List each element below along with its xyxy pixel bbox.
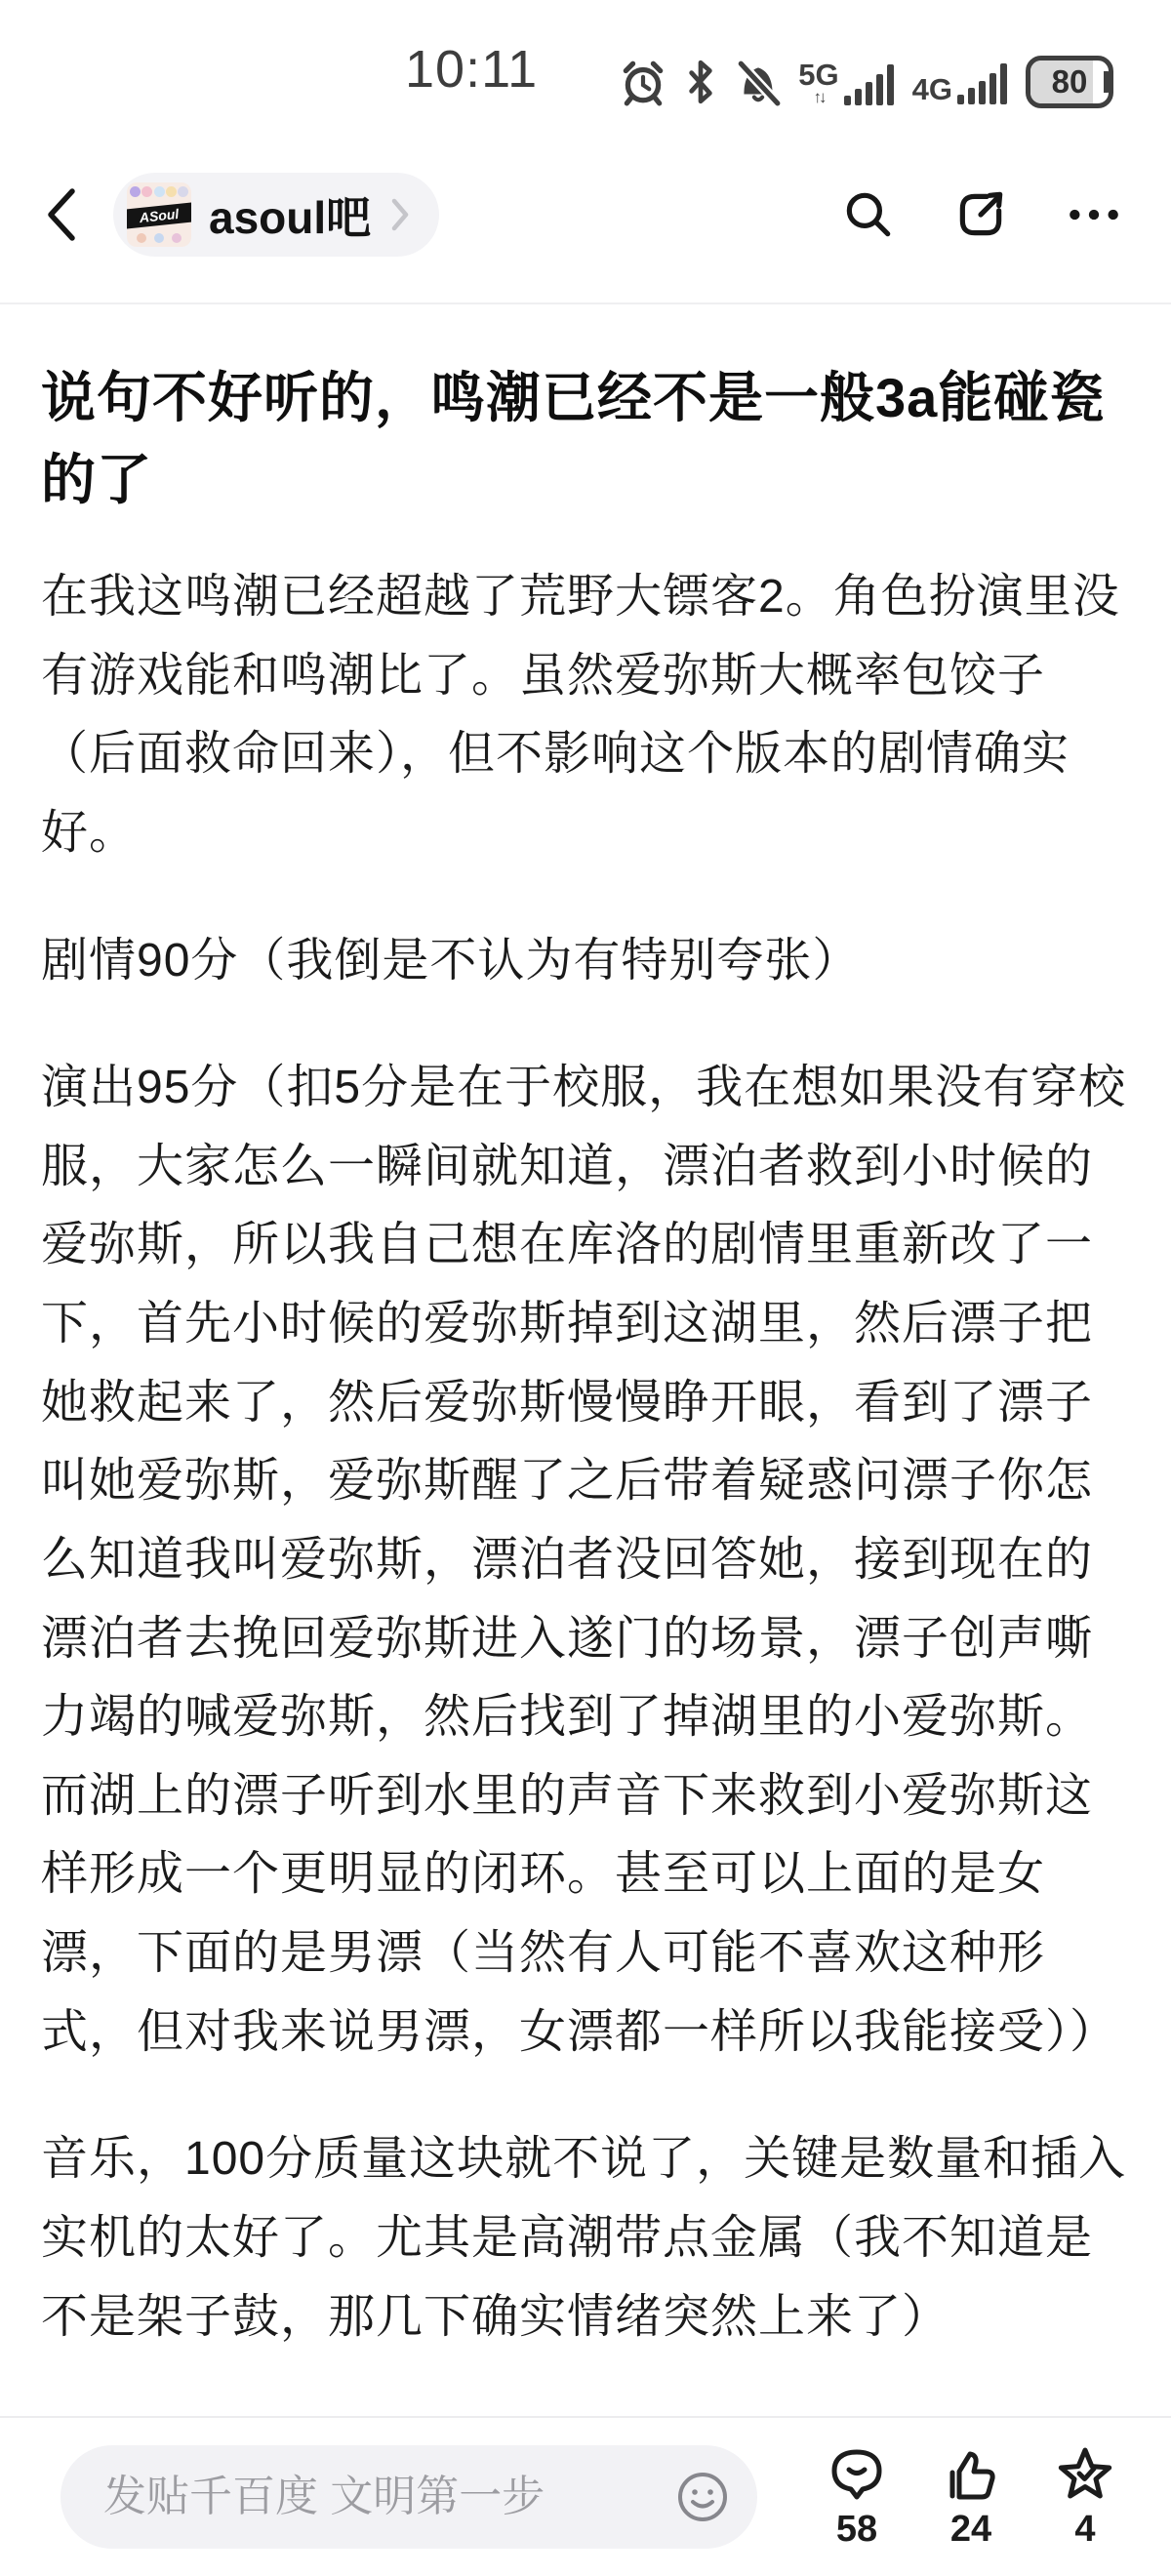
post-paragraph: 音乐，100分质量这块就不说了，关键是数量和插入实机的太好了。尤其是高潮带点金属…	[41, 2120, 1130, 2356]
post-actions: 58 24 4	[810, 2444, 1132, 2551]
favorite-action[interactable]: 4	[1038, 2444, 1132, 2551]
comment-action[interactable]: 58	[810, 2444, 904, 2551]
like-count: 24	[950, 2509, 991, 2551]
back-icon	[41, 183, 80, 246]
comment-icon	[826, 2444, 888, 2507]
network-5g-label: 5G	[798, 60, 838, 90]
battery-icon: 80	[1026, 56, 1112, 108]
search-button[interactable]	[839, 186, 896, 243]
post-paragraph: 剧情90分（我倒是不认为有特别夸张）	[41, 922, 1130, 1001]
post-content: 说句不好听的，鸣潮已经不是一般3a能碰瓷的了 在我这鸣潮已经超越了荒野大镖客2。…	[0, 304, 1171, 2416]
forum-pill[interactable]: ASoul asoul吧	[113, 173, 439, 257]
like-action[interactable]: 24	[924, 2444, 1018, 2551]
post-body: 在我这鸣潮已经超越了荒野大镖客2。角色扮演里没有游戏能和鸣潮比了。虽然爱弥斯大概…	[41, 558, 1130, 2356]
more-icon	[1066, 186, 1122, 243]
post-paragraph: 在我这鸣潮已经超越了荒野大镖客2。角色扮演里没有游戏能和鸣潮比了。虽然爱弥斯大概…	[41, 558, 1130, 873]
data-arrows-icon: ↑↓	[813, 89, 824, 105]
nav-actions	[839, 186, 1122, 243]
share-icon	[952, 186, 1009, 243]
bottom-bar: 58 24 4	[0, 2416, 1171, 2576]
status-bar: 10:11	[0, 0, 1171, 127]
battery-percent: 80	[1052, 63, 1088, 101]
bluetooth-icon	[683, 58, 718, 106]
alarm-icon	[619, 58, 667, 106]
post-title: 说句不好听的，鸣潮已经不是一般3a能碰瓷的了	[41, 357, 1130, 521]
search-icon	[839, 186, 896, 243]
status-time: 10:11	[405, 39, 538, 100]
avatar-logo-text: ASoul	[139, 206, 180, 225]
share-button[interactable]	[952, 186, 1009, 243]
signal-4g-icon: 4G	[912, 60, 1010, 104]
thumbs-up-icon	[940, 2444, 1002, 2507]
comment-input-pill[interactable]	[61, 2445, 757, 2549]
forum-name: asoul吧	[209, 182, 371, 247]
status-icons: 5G ↑↓ 4G	[619, 53, 1112, 111]
more-button[interactable]	[1066, 186, 1122, 243]
back-button[interactable]	[41, 181, 88, 249]
comment-count: 58	[836, 2509, 877, 2551]
star-icon	[1054, 2444, 1116, 2507]
emoji-icon[interactable]	[673, 2468, 732, 2526]
nav-bar: ASoul asoul吧	[0, 127, 1171, 304]
comment-input[interactable]	[101, 2472, 673, 2522]
forum-chevron-icon	[388, 195, 412, 234]
forum-avatar: ASoul	[127, 182, 191, 247]
signal-5g-icon: 5G ↑↓	[798, 60, 896, 105]
post-paragraph: 演出95分（扣5分是在于校服，我在想如果没有穿校服，大家怎么一瞬间就知道，漂泊者…	[41, 1049, 1130, 2072]
favorite-count: 4	[1074, 2509, 1095, 2551]
network-4g-label: 4G	[912, 74, 952, 104]
tieba-post-screen: 10:11	[0, 0, 1171, 2576]
mute-icon	[734, 58, 783, 106]
